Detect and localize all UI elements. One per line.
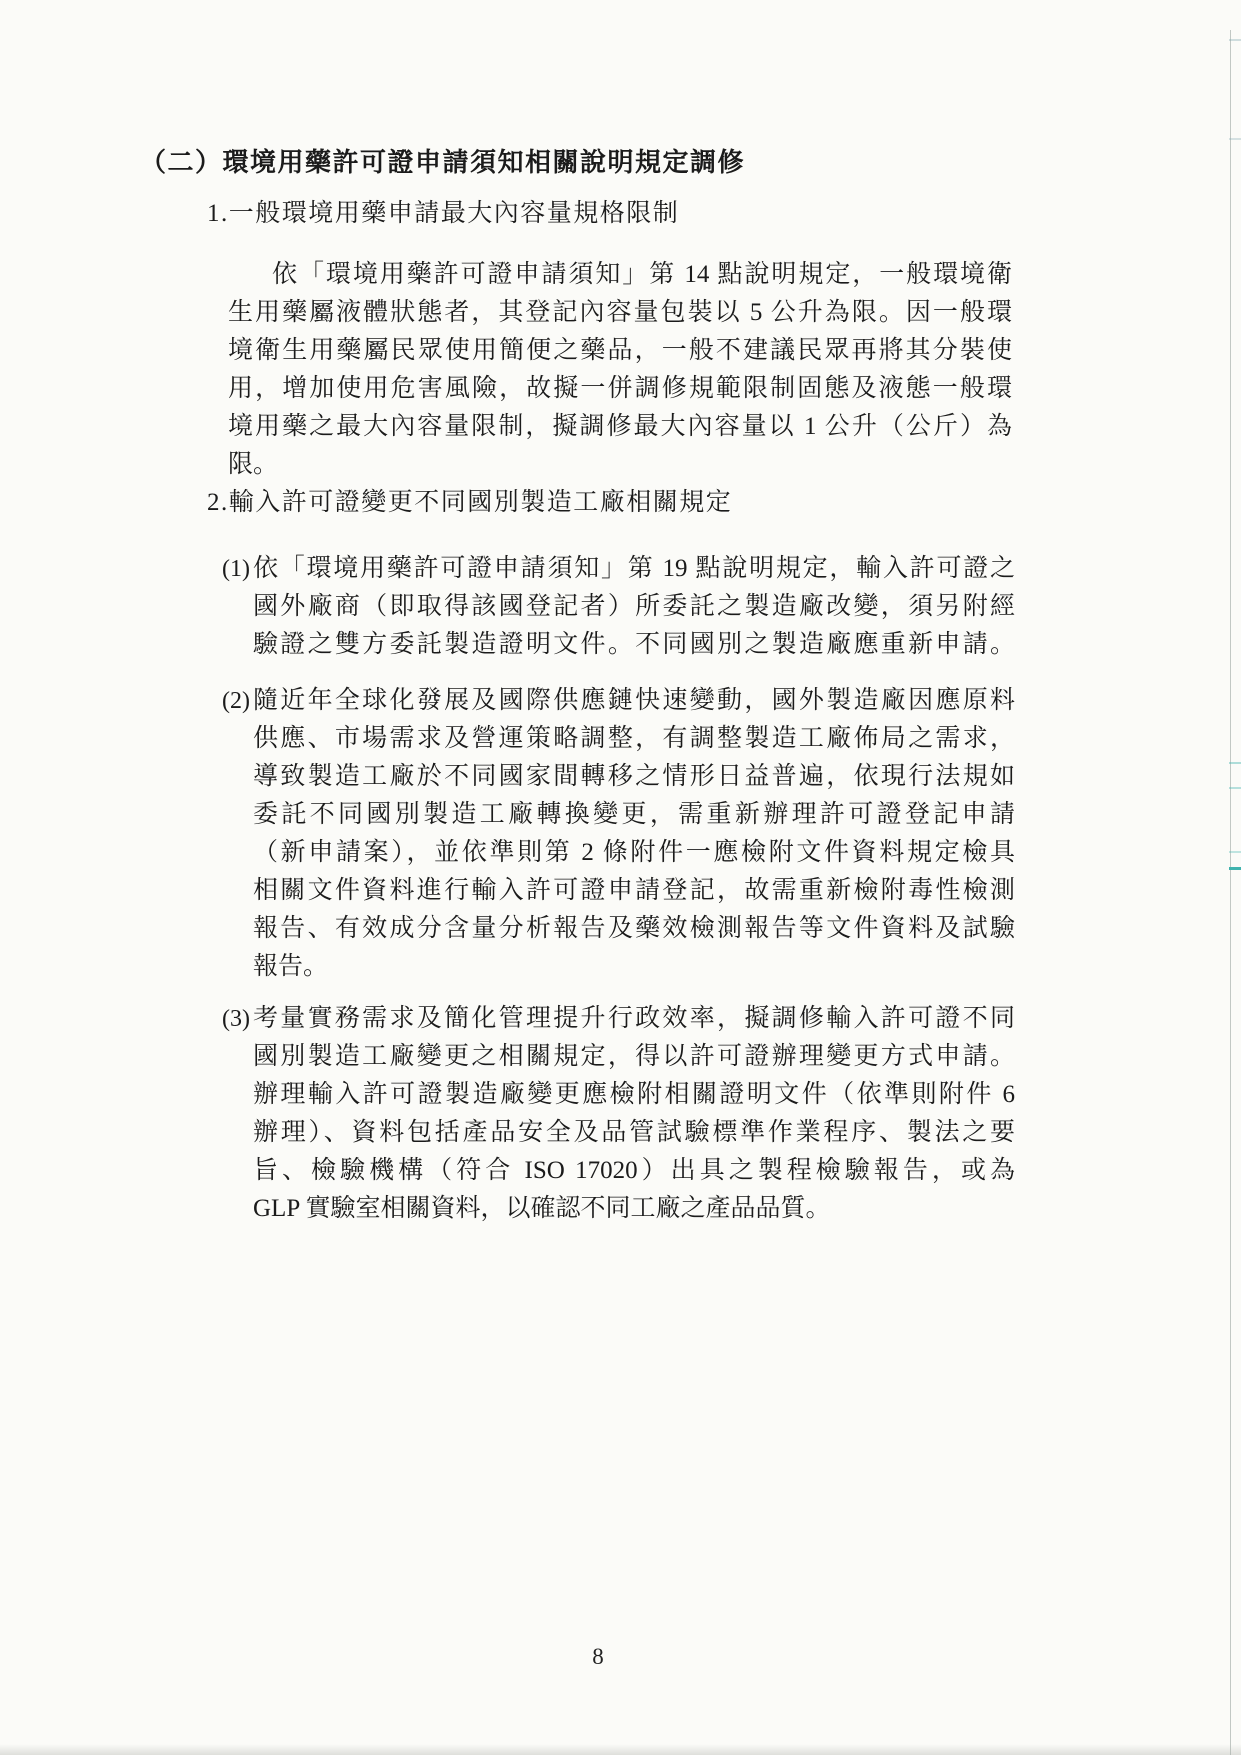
scan-tick — [1229, 787, 1241, 789]
item-2-title: 輸入許可證變更不同國別製造工廠相關規定 — [229, 489, 733, 516]
subitem-3: (3) 考量實務需求及簡化管理提升行政效率，擬調修輸入許可證不同 國別製造工廠變… — [253, 1000, 1015, 1228]
scan-tick — [1229, 867, 1241, 870]
text-line: 國外廠商（即取得該國登記者）所委託之製造廠改變，須另附經 — [253, 588, 1015, 626]
item-1-title: 一般環境用藥申請最大內容量規格限制 — [229, 200, 680, 227]
text-line: 導致製造工廠於不同國家間轉移之情形日益普遍，依現行法規如 — [253, 758, 1015, 796]
text-line: 境衛生用藥屬民眾使用簡便之藥品，一般不建議民眾再將其分裝使 — [228, 332, 1012, 370]
text-line: （新申請案），並依準則第 2 條附件一應檢附文件資料規定檢具 — [253, 834, 1015, 872]
text-line: 生用藥屬液體狀態者，其登記內容量包裝以 5 公升為限。因一般環 — [228, 294, 1012, 332]
item-1-paragraph: 依「環境用藥許可證申請須知」第 14 點說明規定，一般環境衛 生用藥屬液體狀態者… — [228, 256, 1012, 484]
item-2-number: 2. — [207, 489, 229, 516]
text-line: 供應、市場需求及營運策略調整，有調整製造工廠佈局之需求， — [253, 720, 1015, 758]
scan-tick — [1229, 39, 1241, 41]
item-1-heading: 1.一般環境用藥申請最大內容量規格限制 — [207, 197, 679, 231]
subitem-1-label: (1) — [222, 550, 250, 588]
scan-tick — [1229, 762, 1241, 764]
text-line: 相關文件資料進行輸入許可證申請登記，故需重新檢附毒性檢測 — [253, 872, 1015, 910]
text-line: 隨近年全球化發展及國際供應鏈快速變動，國外製造廠因應原料 — [253, 682, 1015, 720]
text-line: GLP 實驗室相關資料，以確認不同工廠之產品品質。 — [253, 1190, 1015, 1228]
text-line: 國別製造工廠變更之相關規定，得以許可證辦理變更方式申請。 — [253, 1038, 1015, 1076]
scan-bottom-edge — [0, 1744, 1241, 1755]
text-line: 委託不同國別製造工廠轉換變更，需重新辦理許可證登記申請 — [253, 796, 1015, 834]
subitem-1: (1) 依「環境用藥許可證申請須知」第 19 點說明規定，輸入許可證之 國外廠商… — [253, 550, 1015, 664]
text-line: 用，增加使用危害風險，故擬一併調修規範限制固態及液態一般環 — [228, 370, 1012, 408]
text-line: 旨、檢驗機構（符合 ISO 17020）出具之製程檢驗報告，或為 — [253, 1152, 1015, 1190]
text-line: 依「環境用藥許可證申請須知」第 19 點說明規定，輸入許可證之 — [253, 550, 1015, 588]
text-line: 辦理）、資料包括產品安全及品管試驗標準作業程序、製法之要 — [253, 1114, 1015, 1152]
item-2-heading: 2.輸入許可證變更不同國別製造工廠相關規定 — [207, 486, 732, 520]
page-number: 8 — [558, 1642, 638, 1672]
section-heading: （二）環境用藥許可證申請須知相關說明規定調修 — [140, 146, 745, 180]
scan-tick — [1229, 851, 1241, 853]
scanned-document-page: （二）環境用藥許可證申請須知相關說明規定調修 1.一般環境用藥申請最大內容量規格… — [0, 0, 1241, 1755]
subitem-2-label: (2) — [222, 682, 250, 720]
text-line: 報告、有效成分含量分析報告及藥效檢測報告等文件資料及試驗 — [253, 910, 1015, 948]
item-1-number: 1. — [207, 200, 229, 227]
text-line: 辦理輸入許可證製造廠變更應檢附相關證明文件（依準則附件 6 — [253, 1076, 1015, 1114]
text-line: 依「環境用藥許可證申請須知」第 14 點說明規定，一般環境衛 — [228, 256, 1012, 294]
scan-tick — [1229, 138, 1241, 140]
text-line: 限。 — [228, 446, 1012, 484]
subitem-3-label: (3) — [222, 1000, 250, 1038]
text-line: 考量實務需求及簡化管理提升行政效率，擬調修輸入許可證不同 — [253, 1000, 1015, 1038]
text-line: 驗證之雙方委託製造證明文件。不同國別之製造廠應重新申請。 — [253, 626, 1015, 664]
text-line: 報告。 — [253, 948, 1015, 986]
subitem-2: (2) 隨近年全球化發展及國際供應鏈快速變動，國外製造廠因應原料 供應、市場需求… — [253, 682, 1015, 986]
text-line: 境用藥之最大內容量限制，擬調修最大內容量以 1 公升（公斤）為 — [228, 408, 1012, 446]
scan-edge-line — [1230, 30, 1231, 1755]
